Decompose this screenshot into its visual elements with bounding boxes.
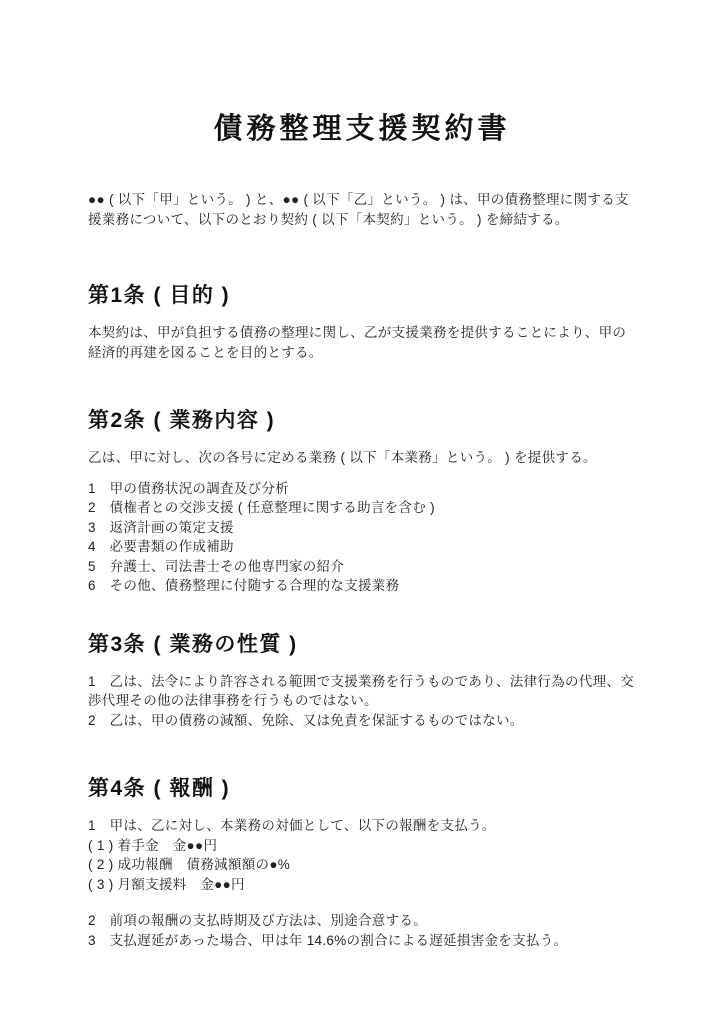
- section-nature: 第3条 ( 業務の性質 ) 1 乙は、法令により許容される範囲で支援業務を行うも…: [88, 632, 636, 731]
- clause-paragraph: 3 支払遅延があった場合、甲は年 14.6%の割合による遅延損害金を支払う。: [88, 931, 636, 951]
- list-item: 2 債権者との交渉支援 ( 任意整理に関する助言を含む ): [88, 498, 636, 518]
- fee-line: ( 2 ) 成功報酬 債務減額額の●%: [88, 855, 636, 875]
- services-list: 1 甲の債務状況の調査及び分析 2 債権者との交渉支援 ( 任意整理に関する助言…: [88, 479, 636, 596]
- fees-list: 1 甲は、乙に対し、本業務の対価として、以下の報酬を支払う。 ( 1 ) 着手金…: [88, 816, 636, 894]
- fee-line: ( 3 ) 月額支援料 金●●円: [88, 875, 636, 895]
- section-services-lead: 乙は、甲に対し、次の各号に定める業務 ( 以下「本業務」という。 ) を提供する…: [88, 448, 636, 468]
- clause-paragraph: 1 甲は、乙に対し、本業務の対価として、以下の報酬を支払う。: [88, 816, 636, 836]
- section-nature-heading: 第3条 ( 業務の性質 ): [88, 632, 636, 658]
- section-services: 第2条 ( 業務内容 ) 乙は、甲に対し、次の各号に定める業務 ( 以下「本業務…: [88, 408, 636, 596]
- section-fees: 第4条 ( 報酬 ) 1 甲は、乙に対し、本業務の対価として、以下の報酬を支払う…: [88, 776, 636, 950]
- contract-page: 債務整理支援契約書 ●● ( 以下「甲」という。 ) と、●● ( 以下「乙」と…: [0, 0, 724, 1024]
- list-item: 4 必要書類の作成補助: [88, 537, 636, 557]
- list-item: 5 弁護士、司法書士その他専門家の紹介: [88, 557, 636, 577]
- clause-paragraph: 2 乙は、甲の債務の減額、免除、又は免責を保証するものではない。: [88, 711, 636, 731]
- fee-line: ( 1 ) 着手金 金●●円: [88, 836, 636, 856]
- fees-terms: 2 前項の報酬の支払時期及び方法は、別途合意する。 3 支払遅延があった場合、甲…: [88, 911, 636, 950]
- section-fees-heading: 第4条 ( 報酬 ): [88, 776, 636, 802]
- document-title: 債務整理支援契約書: [88, 110, 636, 148]
- list-item: 6 その他、債務整理に付随する合理的な支援業務: [88, 576, 636, 596]
- list-item: 1 甲の債務状況の調査及び分析: [88, 479, 636, 499]
- clause-paragraph: 1 乙は、法令により許容される範囲で支援業務を行うものであり、法律行為の代理、交…: [88, 672, 636, 711]
- list-item: 3 返済計画の策定支援: [88, 518, 636, 538]
- section-purpose: 第1条 ( 目的 ) 本契約は、甲が負担する債務の整理に関し、乙が支援業務を提供…: [88, 283, 636, 362]
- intro-paragraph: ●● ( 以下「甲」という。 ) と、●● ( 以下「乙」という。 ) は、甲の…: [88, 190, 636, 229]
- section-purpose-body: 本契約は、甲が負担する債務の整理に関し、乙が支援業務を提供することにより、甲の経…: [88, 323, 636, 362]
- clause-paragraph: 2 前項の報酬の支払時期及び方法は、別途合意する。: [88, 911, 636, 931]
- section-services-heading: 第2条 ( 業務内容 ): [88, 408, 636, 434]
- section-purpose-heading: 第1条 ( 目的 ): [88, 283, 636, 309]
